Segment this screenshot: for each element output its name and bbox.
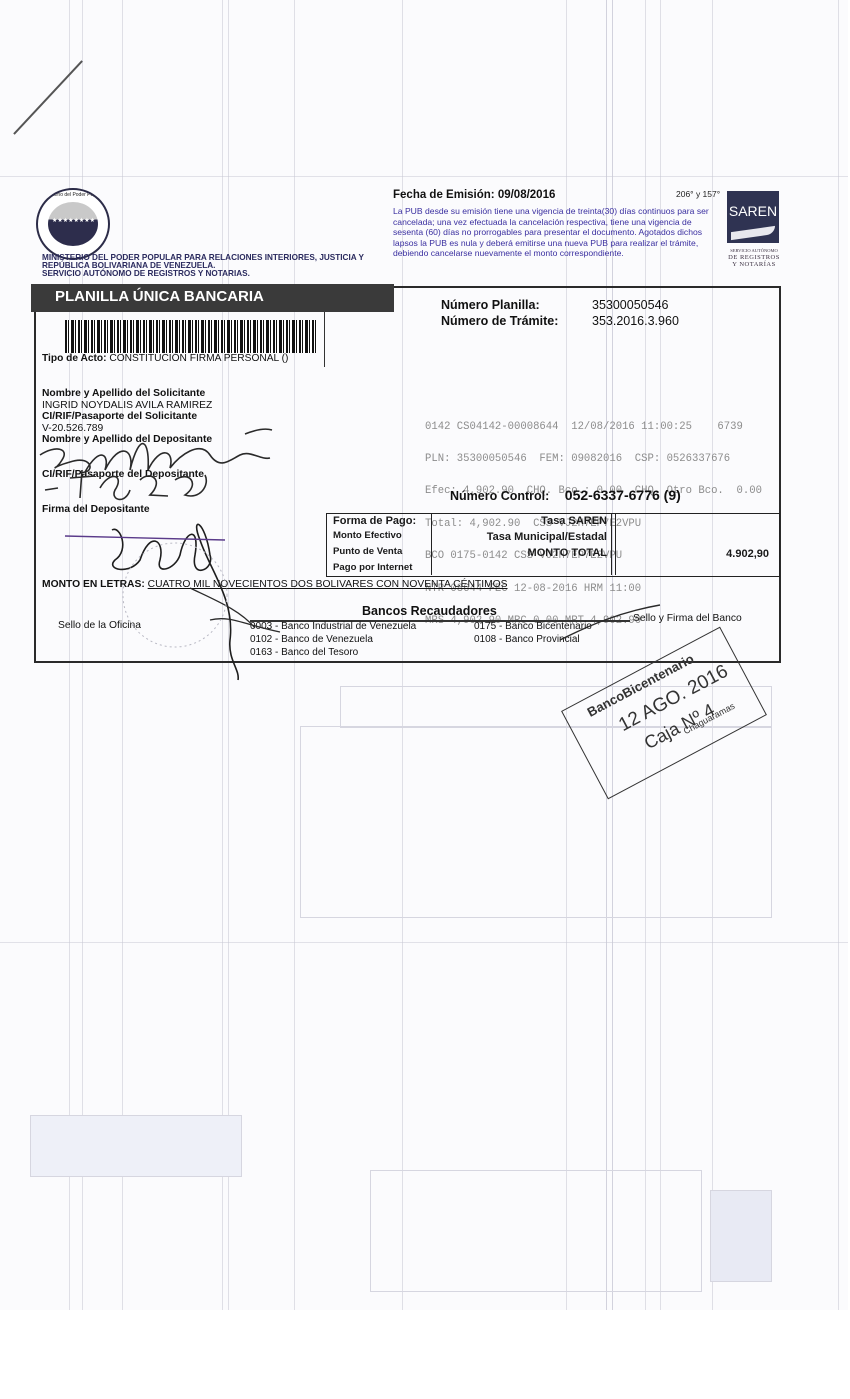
solicitante-ci: V-20.526.789 (42, 423, 212, 435)
bancos-recaudadores-title: Bancos Recaudadores (362, 604, 497, 618)
ministry-name: MINISTERIO DEL PODER POPULAR PARA RELACI… (42, 254, 364, 278)
monto-en-letras: MONTO EN LETRAS: CUATRO MIL NOVECIENTOS … (42, 579, 508, 590)
ghost-box (30, 1115, 242, 1177)
pen-stroke-mark (13, 60, 83, 134)
payment-table: Forma de Pago: Monto Efectivo Punto de V… (326, 513, 780, 577)
banks-list-2: 0175 - Banco Bicentenario 0108 - Banco P… (474, 620, 592, 646)
legal-reference: 206° y 157° (676, 189, 720, 199)
barcode (65, 320, 317, 353)
depositante-ci-label: CI/RIF/Pasaporte del Depositante (42, 469, 204, 480)
validity-notice: La PUB desde su emisión tiene una vigenc… (393, 206, 713, 259)
logo-ring-text: Ministerio del Poder Popular (38, 192, 108, 198)
numero-planilla: 35300050546 (592, 297, 679, 313)
planilla-values: 35300050546 353.2016.3.960 (592, 297, 679, 329)
form-title: PLANILLA ÚNICA BANCARIA (31, 284, 394, 312)
ghost-box (710, 1190, 772, 1282)
solicitante-name: INGRID NOYDALIS AVILA RAMIREZ (42, 400, 212, 412)
scanned-document-page: Ministerio del Poder Popular ★★★★★★★★ MI… (0, 0, 848, 1310)
ghost-box (300, 726, 772, 918)
banks-list-1: 0003 - Banco Industrial de Venezuela 010… (250, 620, 416, 659)
forma-pago-column: Forma de Pago: Monto Efectivo Punto de V… (327, 514, 432, 575)
saren-logo: SAREN (727, 191, 779, 243)
saren-subtitle: SERVICIO AUTÓNOMO DE REGISTROS Y NOTARÍA… (723, 247, 785, 268)
sello-oficina-label: Sello de la Oficina (58, 620, 141, 631)
tipo-acto: Tipo de Acto: CONSTITUCIÓN FIRMA PERSONA… (42, 353, 288, 364)
logo-stars: ★★★★★★★★ (52, 217, 94, 224)
monto-total-value: 4.902,90 (726, 548, 769, 560)
sello-banco-label: Sello y Firma del Banco (633, 613, 742, 624)
planilla-labels: Número Planilla: Número de Trámite: (441, 297, 558, 329)
firma-depositante-label: Firma del Depositante (42, 504, 150, 515)
ministry-logo: Ministerio del Poder Popular ★★★★★★★★ (36, 188, 110, 260)
numero-tramite: 353.2016.3.960 (592, 313, 679, 329)
solicitante-section: Nombre y Apellido del Solicitante INGRID… (42, 388, 212, 446)
tasas-column: Tasa SAREN Tasa Municipal/Estadal MONTO … (431, 514, 612, 575)
numero-control: Número Control: 052-6337-6776 (9) (450, 487, 681, 503)
issue-date: Fecha de Emisión: 09/08/2016 (393, 189, 555, 201)
ghost-box (370, 1170, 702, 1292)
